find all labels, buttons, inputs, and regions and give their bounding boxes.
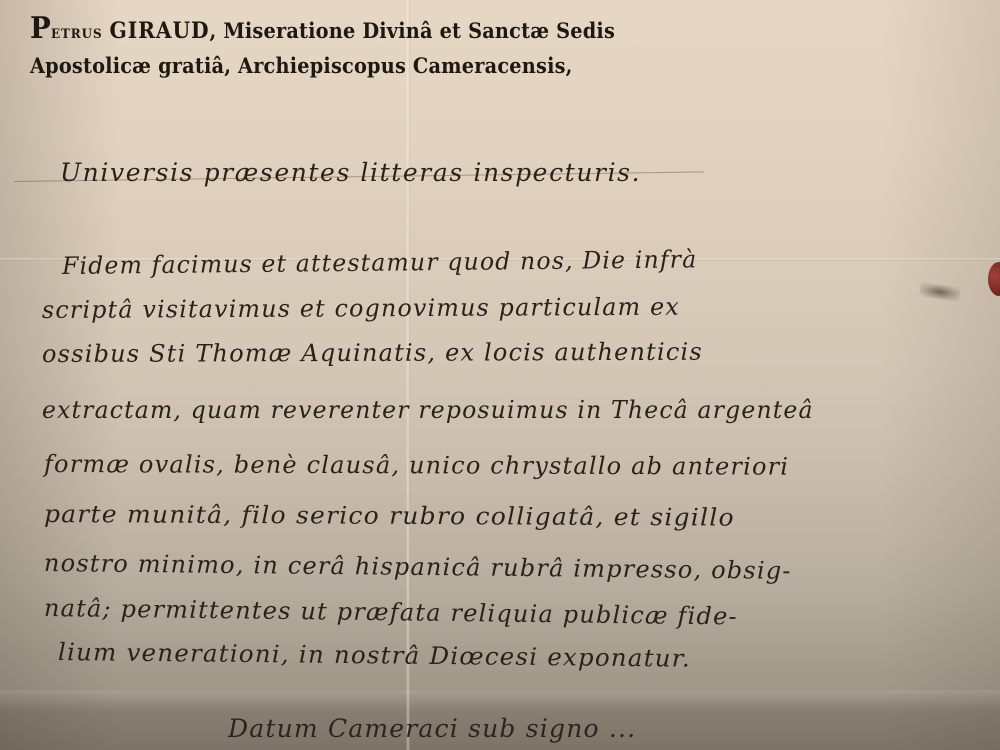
body-line-7: nostro minimo, in cerâ hispanicâ rubrâ i…: [44, 549, 792, 585]
body-line-4: extractam, quam reverenter reposuimus in…: [42, 396, 814, 424]
body-line-6: parte munitâ, filo serico rubro colligat…: [44, 500, 735, 532]
salutation-line: Universis præsentes litteras inspecturis…: [60, 158, 641, 187]
body-line-8: natâ; permittentes ut præfata reliquia p…: [44, 594, 738, 630]
body-line-2: scriptâ visitavimus et cognovimus partic…: [42, 293, 680, 324]
closing-line: Datum Cameraci sub signo ...: [228, 714, 636, 743]
document-photo: PETRUS GIRAUD, Miseratione Divinâ et San…: [0, 0, 1000, 750]
body-line-3: ossibus Sti Thomæ Aquinatis, ex locis au…: [42, 338, 703, 368]
body-line-5: formæ ovalis, benè clausâ, unico chrysta…: [44, 450, 789, 481]
handwritten-body: Universis præsentes litteras inspecturis…: [0, 0, 1000, 750]
body-line-9: lium venerationi, in nostrâ Diœcesi expo…: [58, 638, 691, 673]
body-line-1: Fidem facimus et attestamur quod nos, Di…: [62, 245, 698, 280]
